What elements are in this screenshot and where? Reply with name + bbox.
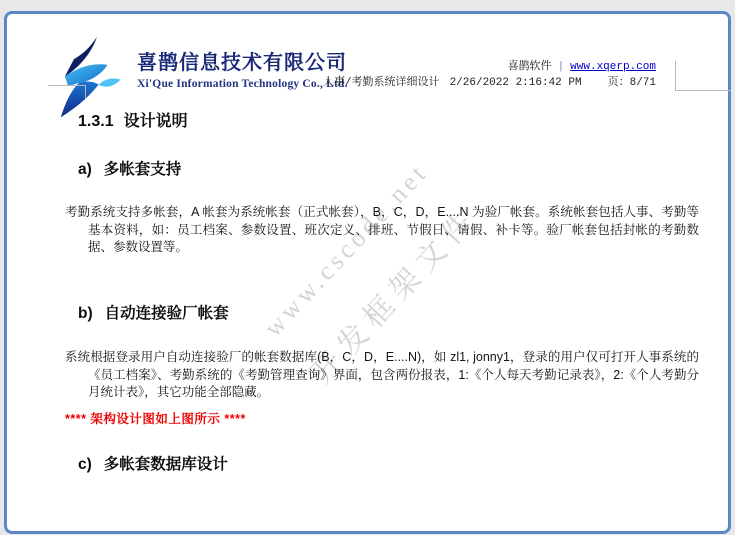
- document-page: www.cscode.net 开发框架文件 喜鹊信息技术有限公司 Xi'Q: [4, 11, 731, 534]
- subsection-b-label: b): [78, 305, 93, 322]
- section-heading: 1.3.1设计说明: [78, 108, 188, 131]
- section-heading-title: 设计说明: [124, 113, 188, 130]
- design-note: **** 架构设计图如上图所示 ****: [65, 409, 246, 427]
- subsection-c-title: 多帐套数据库设计: [104, 456, 228, 473]
- subsection-a-label: a): [78, 161, 92, 178]
- subsection-b-body: 系统根据登录用户自动连接验厂的帐套数据库(B，C，D，E....N)，如 zl1…: [65, 349, 699, 402]
- section-heading-number: 1.3.1: [78, 113, 114, 130]
- document-body: 1.3.1设计说明 a)多帐套支持 考勤系统支持多帐套，A 帐套为系统帐套（正式…: [7, 14, 728, 531]
- subsection-b-title: 自动连接验厂帐套: [105, 305, 229, 322]
- subsection-a-title: 多帐套支持: [104, 161, 182, 178]
- subsection-a-heading: a)多帐套支持: [78, 157, 181, 179]
- subsection-a-body: 考勤系统支持多帐套，A 帐套为系统帐套（正式帐套），B，C，D，E....N 为…: [65, 204, 699, 257]
- subsection-c-heading: c)多帐套数据库设计: [78, 452, 228, 474]
- subsection-b-heading: b)自动连接验厂帐套: [78, 301, 229, 323]
- subsection-c-label: c): [78, 456, 92, 473]
